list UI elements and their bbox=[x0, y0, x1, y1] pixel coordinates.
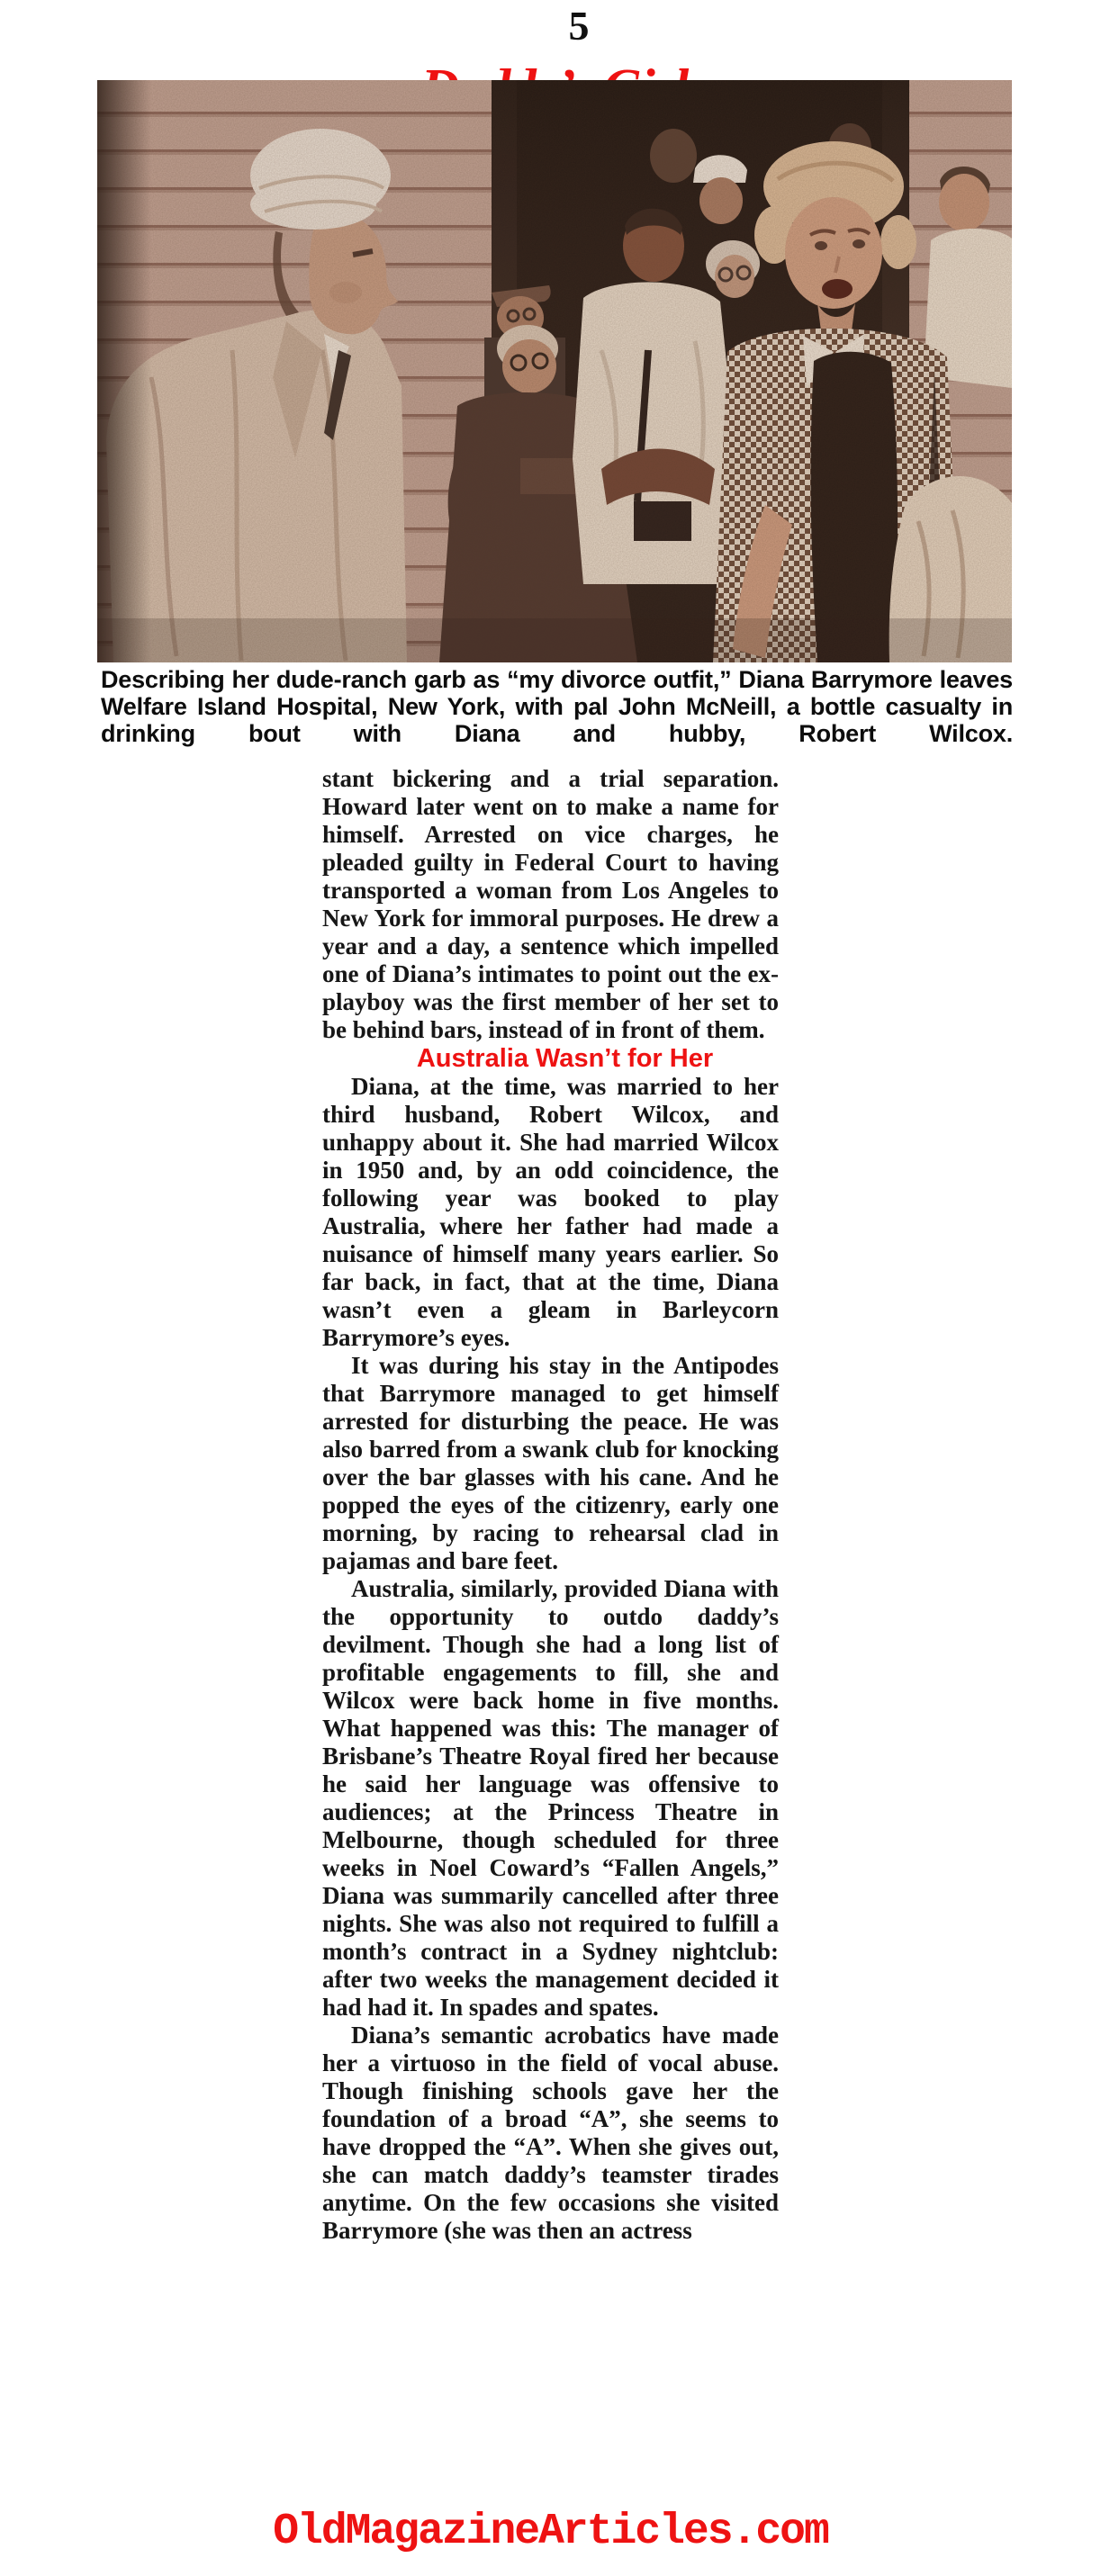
site-watermark: OldMagazineArticles.com bbox=[0, 2508, 1101, 2556]
photo-caption: Describing her dude-ranch garb as “my di… bbox=[101, 666, 1013, 747]
article-paragraph: It was during his stay in the Antipodes … bbox=[322, 1352, 779, 1575]
article-paragraph: Diana, at the time, was married to her t… bbox=[322, 1073, 779, 1352]
page-number: 5 bbox=[507, 2, 651, 50]
article-paragraph: Australia, similarly, provided Diana wit… bbox=[322, 1575, 779, 2022]
article-column: stant bickering and a trial separation. … bbox=[322, 765, 779, 2245]
section-subheading: Australia Wasn’t for Her bbox=[322, 1044, 779, 1073]
press-photo-illustration bbox=[97, 80, 1012, 662]
press-photo bbox=[97, 80, 1012, 662]
article-paragraph: Diana’s semantic acrobatics have made he… bbox=[322, 2022, 779, 2245]
article-paragraph: stant bickering and a trial separation. … bbox=[322, 765, 779, 1044]
magazine-page: 5 Daddy’s Girl bbox=[0, 0, 1101, 2576]
